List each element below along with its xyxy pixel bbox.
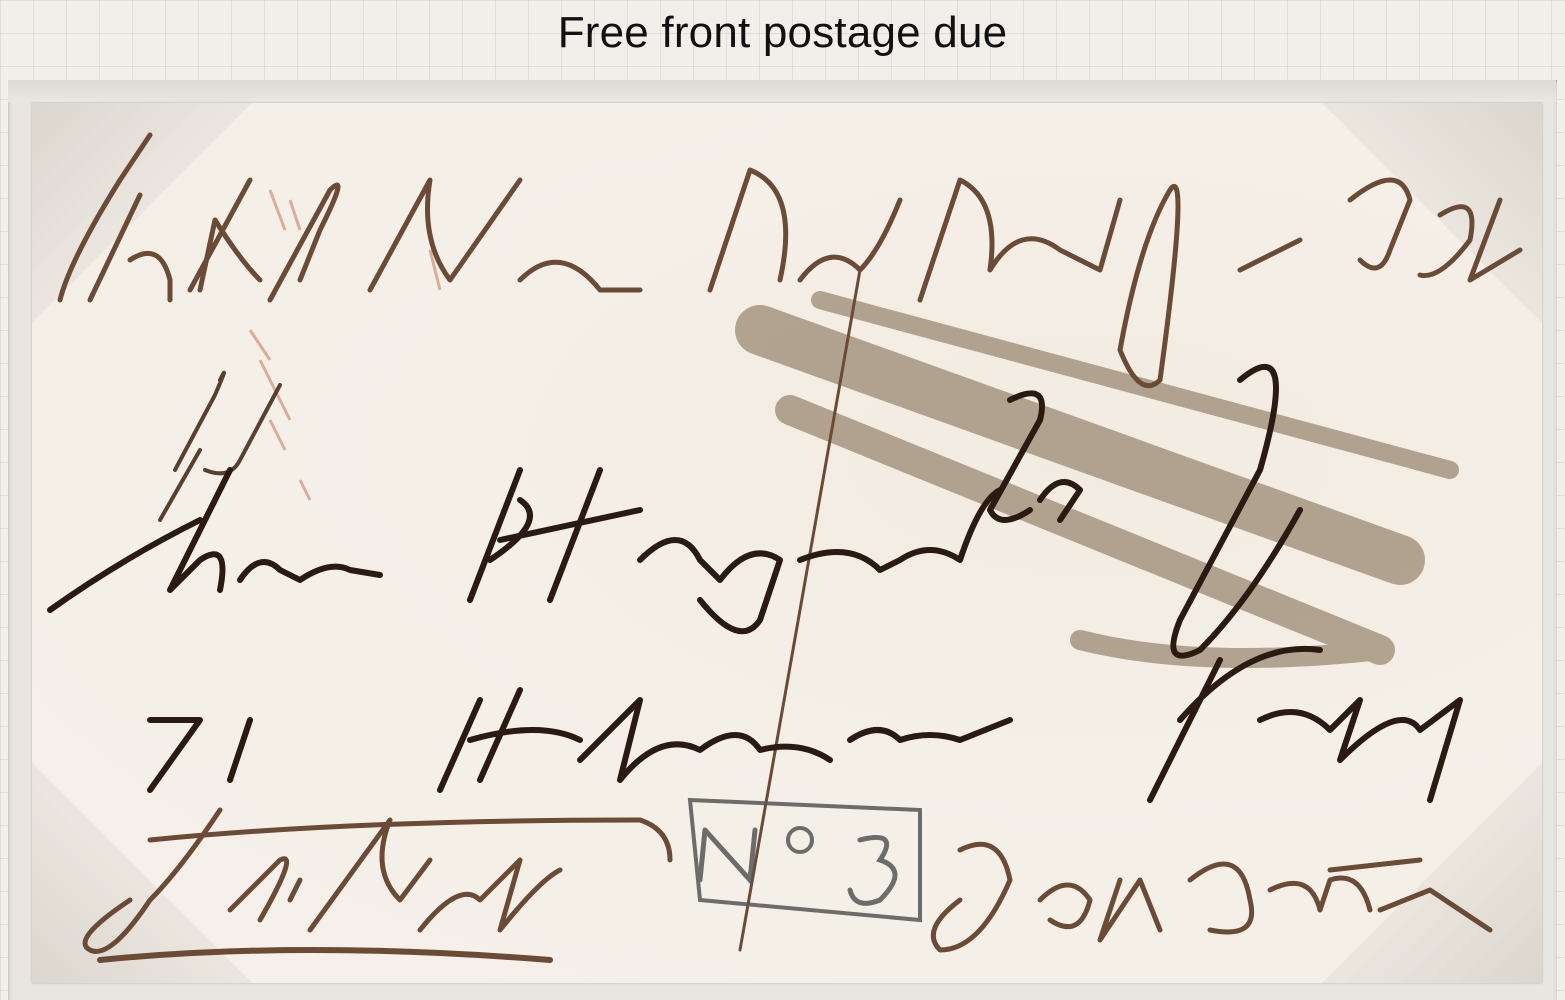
- red-marking: [250, 190, 440, 500]
- page-title: Free front postage due: [0, 8, 1565, 58]
- line-addressee: [50, 367, 1300, 656]
- handwriting-ink: [32, 103, 1542, 983]
- free-handstamp-smudged: [760, 300, 1450, 658]
- line-address: [150, 649, 1460, 800]
- postal-cover: Chippenham March twenty 1834 JH John Hay…: [32, 103, 1542, 983]
- franking-initials: [160, 373, 280, 520]
- no-3-handstamp: [690, 800, 920, 920]
- mount-sleeve: [8, 80, 1556, 102]
- line-city-signature: [85, 810, 1490, 960]
